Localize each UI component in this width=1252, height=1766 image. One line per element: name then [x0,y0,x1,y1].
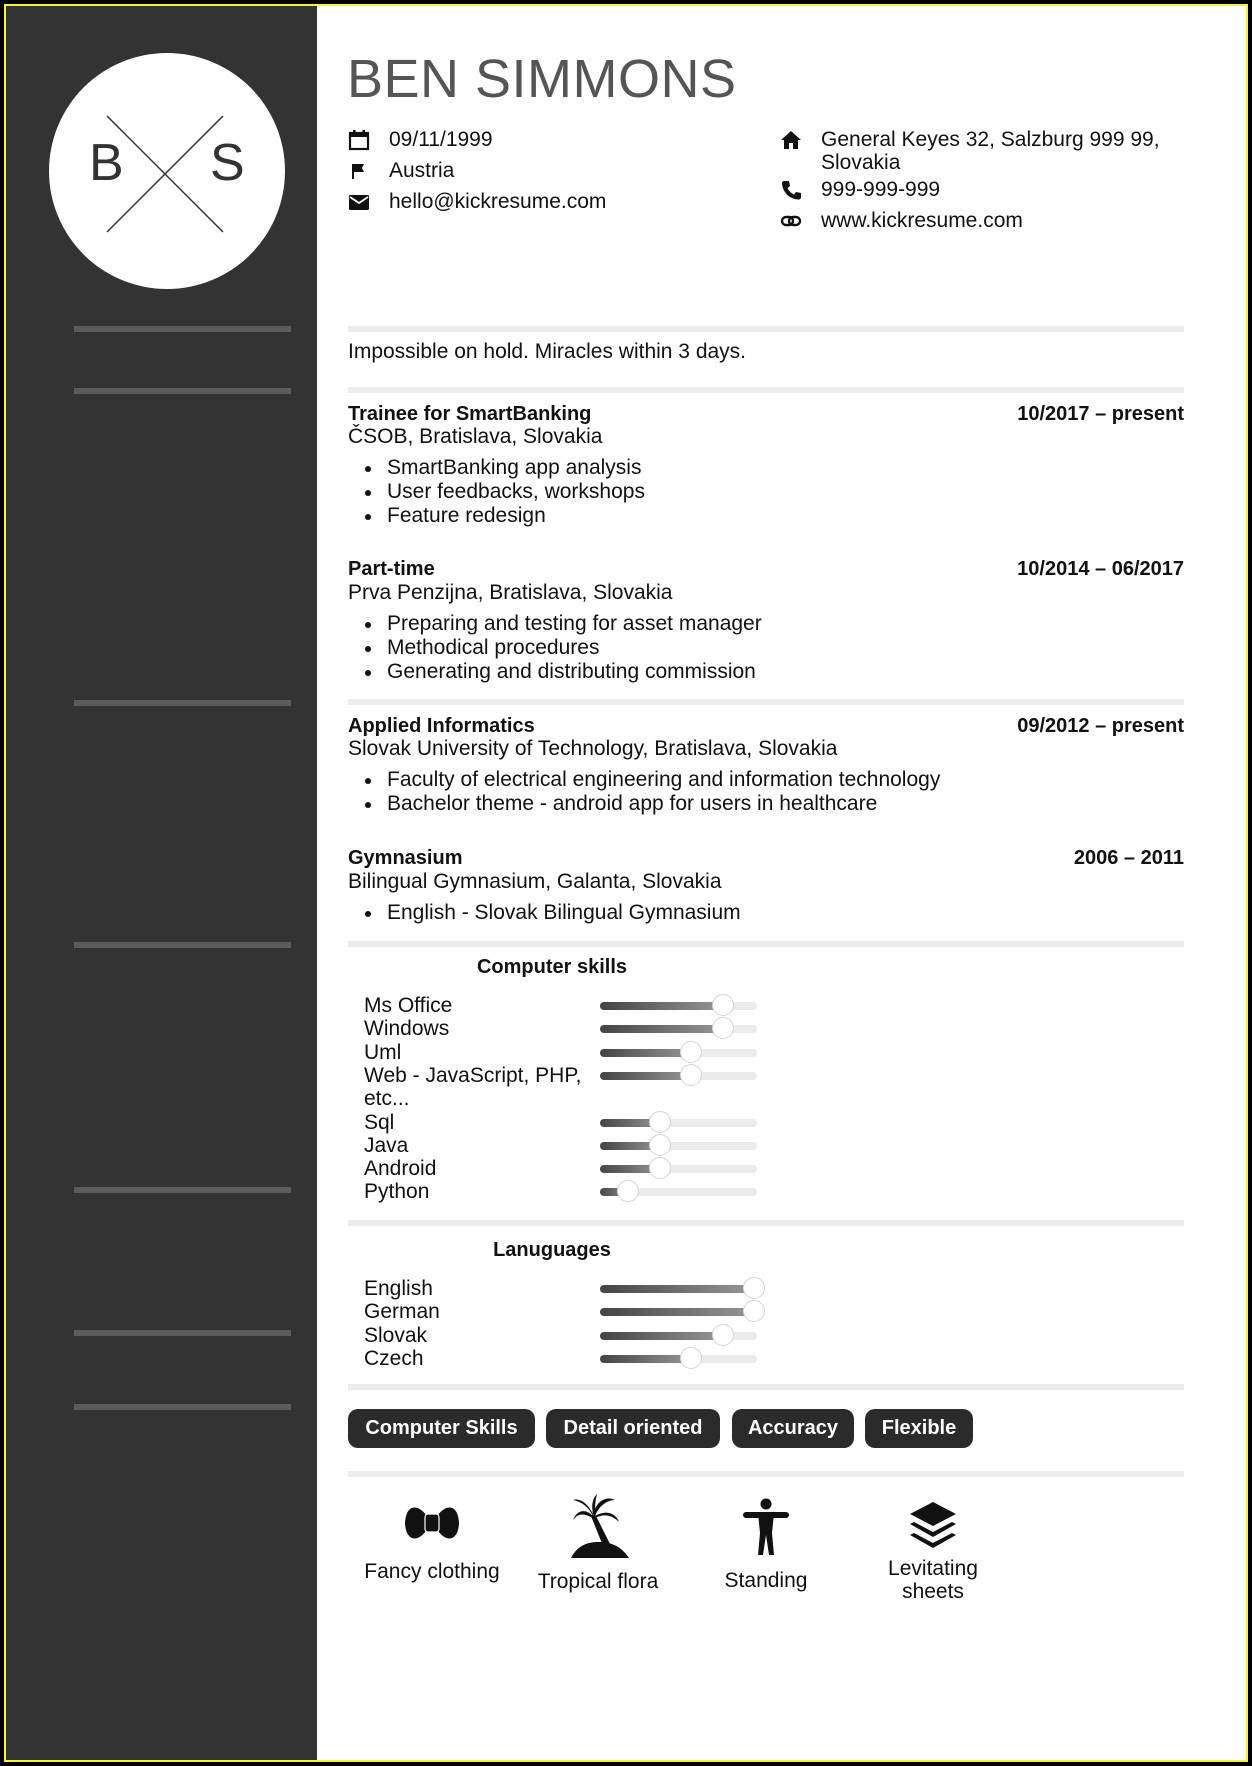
bow-tie-icon [402,1498,462,1548]
sidebar-divider [74,1187,291,1193]
list-item: Preparing and testing for asset manager [348,612,762,636]
main-divider [348,1471,1184,1477]
list-item: Methodical procedures [348,636,762,660]
envelope-icon [347,190,371,213]
skill-level-bar [600,1119,757,1127]
list-item: Generating and distributing commission [348,660,762,684]
job-dates: 10/2017 – present [1017,402,1184,426]
skill-level-fill [600,1285,757,1293]
initial-right: S [210,137,245,189]
job-org: Prva Penzijna, Bratislava, Slovakia [348,581,673,605]
contact-text: General Keyes 32, Salzburg 999 99, Slova… [821,128,1161,174]
hobby-label: Standing [681,1569,851,1592]
computer-skills-title: Computer skills [352,955,752,979]
education-dates: 2006 – 2011 [1074,846,1184,870]
education-title: Applied Informatics [348,714,535,738]
list-item: SmartBanking app analysis [348,456,645,480]
main-divider [348,387,1184,393]
main-divider [348,699,1184,705]
strength-tag: Flexible [865,1409,973,1448]
skill-level-bar [600,1025,757,1033]
skill-level-knob [743,1277,765,1299]
contact-email: hello@kickresume.com [347,190,606,213]
contact-text[interactable]: hello@kickresume.com [389,190,606,213]
skill-name: Windows [364,1017,594,1040]
contact-country: Austria [347,159,454,182]
sidebar-divider [74,1330,291,1336]
skill-name: Ms Office [364,994,594,1017]
initial-left: B [89,137,124,189]
skill-level-bar [600,1142,757,1150]
standing-person-icon [741,1497,791,1557]
layers-icon [908,1501,958,1549]
skill-level-knob [680,1347,702,1369]
skill-level-knob [680,1064,702,1086]
hobby-item: Levitating sheets [848,1501,1018,1603]
avatar-monogram: B S [49,53,285,289]
strength-tag: Computer Skills [348,1409,535,1448]
profile-text: Impossible on hold. Miracles within 3 da… [348,340,746,364]
skill-level-knob [712,994,734,1016]
palm-tree-icon [563,1494,633,1558]
skill-level-knob [649,1111,671,1133]
hobby-label: Fancy clothing [347,1560,517,1583]
skill-level-bar [600,1285,757,1293]
sidebar: B S Profile Work experience Education Sk… [6,6,317,1760]
skill-name: Web - JavaScript, PHP, etc... [364,1064,594,1110]
skill-level-knob [649,1157,671,1179]
hobby-item: Standing [681,1497,851,1592]
list-item: English - Slovak Bilingual Gymnasium [348,901,741,925]
skill-name: Czech [364,1347,594,1370]
education-bullets: English - Slovak Bilingual Gymnasium [348,901,741,925]
candidate-name: BEN SIMMONS [347,52,737,106]
skill-level-fill [600,1332,726,1340]
sidebar-divider [74,1404,291,1410]
skill-name: Android [364,1157,594,1180]
contact-text: 999-999-999 [821,178,940,201]
skill-level-bar [600,1332,757,1340]
main-divider [348,1384,1184,1390]
skill-level-bar [600,1072,757,1080]
skill-level-fill [600,1002,726,1010]
main-divider [348,941,1184,947]
education-org: Slovak University of Technology, Bratisl… [348,737,837,761]
skill-level-knob [680,1041,702,1063]
hobby-label: Levitating sheets [883,1557,983,1603]
strength-tag: Accuracy [732,1409,854,1448]
skill-name: Slovak [364,1324,594,1347]
skill-level-bar [600,1355,757,1363]
contact-website: www.kickresume.com [779,209,1023,232]
hobby-item: Fancy clothing [347,1498,517,1583]
contact-address: General Keyes 32, Salzburg 999 99, Slova… [779,128,1179,174]
skill-name: Uml [364,1041,594,1064]
hobby-item: Tropical flora [513,1494,683,1593]
skill-level-bar [600,1049,757,1057]
skill-level-fill [600,1025,726,1033]
contact-text: 09/11/1999 [389,128,493,151]
job-title: Trainee for SmartBanking [348,402,591,426]
skill-level-knob [649,1134,671,1156]
contact-text[interactable]: www.kickresume.com [821,209,1023,232]
skill-name: Python [364,1180,594,1203]
skill-level-knob [712,1324,734,1346]
job-org: ČSOB, Bratislava, Slovakia [348,425,602,449]
languages-title: Lanuguages [352,1238,752,1262]
education-bullets: Faculty of electrical engineering and in… [348,768,940,816]
skill-level-bar [600,1308,757,1316]
phone-icon [779,178,803,201]
main-divider [348,326,1184,332]
education-org: Bilingual Gymnasium, Galanta, Slovakia [348,870,722,894]
hobby-label: Tropical flora [513,1570,683,1593]
sidebar-divider [74,942,291,948]
strength-tag: Detail oriented [546,1409,720,1448]
skill-name: Sql [364,1111,594,1134]
education-dates: 09/2012 – present [1017,714,1184,738]
job-title: Part-time [348,557,435,581]
main-divider [348,1220,1184,1226]
sidebar-divider [74,326,291,332]
job-dates: 10/2014 – 06/2017 [1017,557,1184,581]
flag-icon [347,159,371,182]
job-bullets: Preparing and testing for asset manager … [348,612,762,684]
contact-text: Austria [389,159,454,182]
skill-name: English [364,1277,594,1300]
home-icon [779,128,803,151]
sidebar-divider [74,388,291,394]
contact-birthdate: 09/11/1999 [347,128,493,151]
job-bullets: SmartBanking app analysis User feedbacks… [348,456,645,528]
skill-level-bar [600,1165,757,1173]
skill-level-bar [600,1188,757,1196]
sidebar-divider [74,700,291,706]
contact-phone: 999-999-999 [779,178,940,201]
skill-level-fill [600,1308,757,1316]
education-title: Gymnasium [348,846,462,870]
skill-level-bar [600,1002,757,1010]
link-icon [779,209,803,232]
list-item: Feature redesign [348,504,645,528]
list-item: Faculty of electrical engineering and in… [348,768,940,792]
list-item: User feedbacks, workshops [348,480,645,504]
skill-name: Java [364,1134,594,1157]
calendar-icon [347,128,371,151]
list-item: Bachelor theme - android app for users i… [348,792,940,816]
cross-lines-icon [49,53,285,289]
skill-name: German [364,1300,594,1323]
